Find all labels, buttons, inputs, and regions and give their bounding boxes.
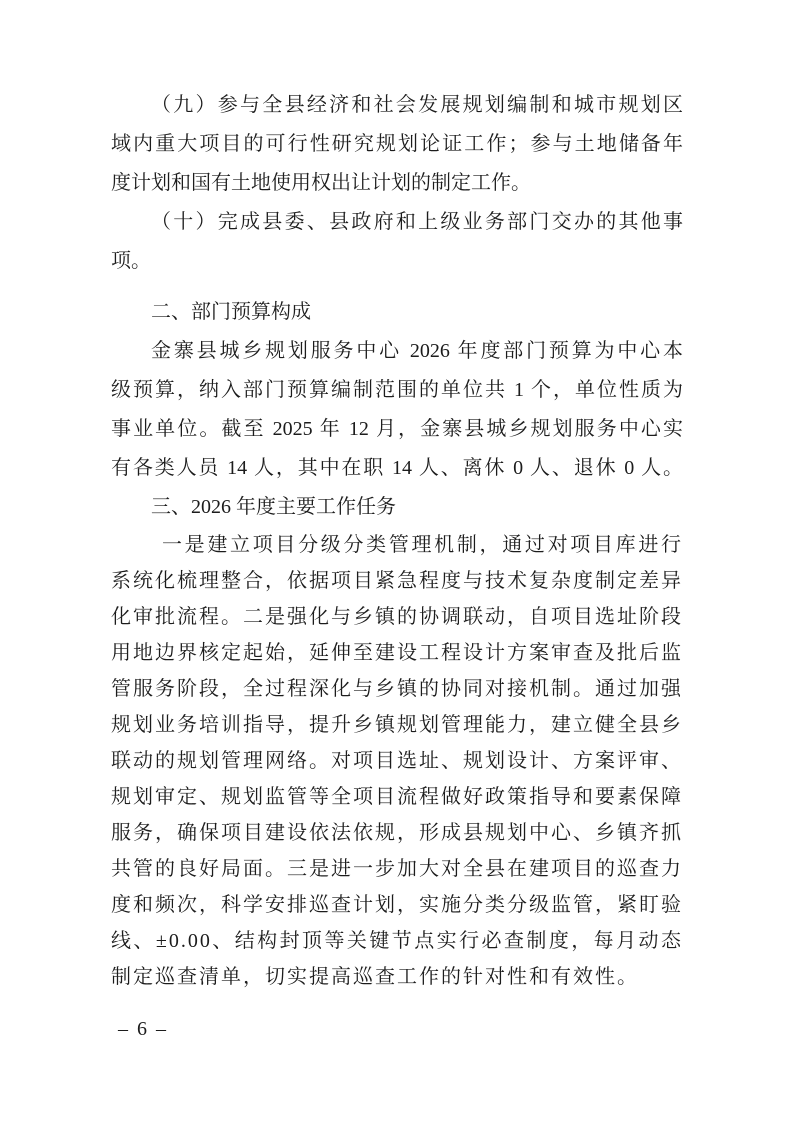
document-page: （九）参与全县经济和社会发展规划编制和城市规划区域内重大项目的可行性研究规划论证… [0, 0, 793, 1122]
text-line: 线、±0.00、结构封顶等关键节点实行必查制度，每月动态 [111, 923, 683, 959]
text-line: 度和频次，科学安排巡查计划，实施分类分级监管，紧盯验 [111, 887, 683, 923]
text-line: （十）完成县委、县政府和上级业务部门交办的其他事 [111, 203, 683, 242]
text-line: 系统化梳理整合，依据项目紧急程度与技术复杂度制定差异 [111, 563, 683, 599]
text-line: 管服务阶段，全过程深化与乡镇的协同对接机制。通过加强 [111, 671, 683, 707]
section-3-heading: 三、2026 年度主要工作任务 [111, 488, 683, 527]
text-line: 度计划和国有土地使用权出让计划的制定工作。 [111, 164, 683, 203]
document-body: （九）参与全县经济和社会发展规划编制和城市规划区域内重大项目的可行性研究规划论证… [111, 86, 683, 995]
text-line: 有各类人员 14 人，其中在职 14 人、离休 0 人、退休 0 人。 [111, 449, 683, 488]
text-line: （九）参与全县经济和社会发展规划编制和城市规划区 [111, 86, 683, 125]
page-number: – 6 – [118, 1017, 166, 1041]
text-line: 级预算，纳入部门预算编制范围的单位共 1 个，单位性质为 [111, 371, 683, 410]
text-line: 联动的规划管理网络。对项目选址、规划设计、方案评审、 [111, 743, 683, 779]
duty-item-10: （十）完成县委、县政府和上级业务部门交办的其他事项。 [111, 203, 683, 281]
text-line: 化审批流程。二是强化与乡镇的协调联动，自项目选址阶段 [111, 599, 683, 635]
text-line: 一是建立项目分级分类管理机制，通过对项目库进行 [111, 527, 683, 563]
text-line: 用地边界核定起始，延伸至建设工程设计方案审查及批后监 [111, 635, 683, 671]
text-line: 共管的良好局面。三是进一步加大对全县在建项目的巡查力 [111, 851, 683, 887]
text-line: 事业单位。截至 2025 年 12 月，金寨县城乡规划服务中心实 [111, 410, 683, 449]
text-line: 域内重大项目的可行性研究规划论证工作；参与土地储备年 [111, 125, 683, 164]
text-line: 二、部门预算构成 [111, 293, 683, 332]
text-line: 三、2026 年度主要工作任务 [111, 488, 683, 527]
text-line: 金寨县城乡规划服务中心 2026 年度部门预算为中心本 [111, 332, 683, 371]
duty-item-9: （九）参与全县经济和社会发展规划编制和城市规划区域内重大项目的可行性研究规划论证… [111, 86, 683, 203]
text-line: 服务，确保项目建设依法依规，形成县规划中心、乡镇齐抓 [111, 815, 683, 851]
text-line: 制定巡查清单，切实提高巡查工作的针对性和有效性。 [111, 959, 683, 995]
text-line: 规划业务培训指导，提升乡镇规划管理能力，建立健全县乡 [111, 707, 683, 743]
text-line: 规划审定、规划监管等全项目流程做好政策指导和要素保障 [111, 779, 683, 815]
text-line: 项。 [111, 242, 683, 281]
budget-composition: 金寨县城乡规划服务中心 2026 年度部门预算为中心本级预算，纳入部门预算编制范… [111, 332, 683, 488]
tasks-2026: 一是建立项目分级分类管理机制，通过对项目库进行系统化梳理整合，依据项目紧急程度与… [111, 527, 683, 995]
section-2-heading: 二、部门预算构成 [111, 293, 683, 332]
